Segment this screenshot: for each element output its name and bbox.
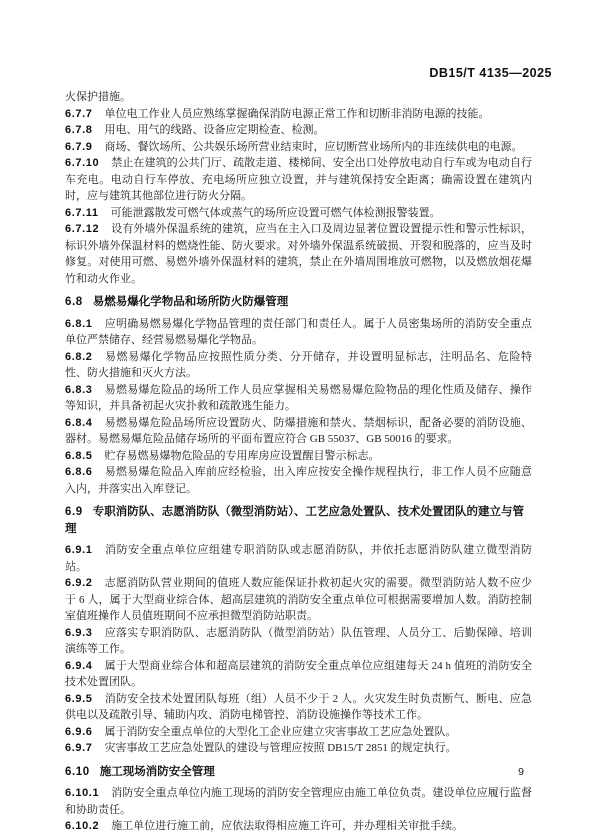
clause-text: 贮存易燃易爆物危险品的专用库房应设置醒目警示标志。 [104, 450, 379, 462]
clause-number: 6.9.1 [65, 544, 104, 556]
clause-text: 用电、用气的线路、设备应定期检查、检测。 [104, 124, 324, 136]
clause-number: 6.8.4 [65, 417, 104, 429]
clause-text: 火保护措施。 [65, 91, 131, 103]
clause-number: 6.8.2 [65, 351, 104, 363]
clause-paragraph: 6.10.2施工单位进行施工前，应依法取得相应施工许可，并办理相关审批手续。 [65, 818, 532, 835]
clause-paragraph: 6.8.6易燃易爆危险品入库前应经检验，出入库应按安全操作规程执行，非工作人员不… [65, 464, 532, 497]
clause-paragraph: 6.8.3易燃易爆危险品的场所工作人员应掌握相关易燃易爆危险物品的理化性质及储存… [65, 382, 532, 415]
clause-paragraph: 6.8.5贮存易燃易爆物危险品的专用库房应设置醒目警示标志。 [65, 448, 532, 465]
section-heading: 6.10施工现场消防安全管理 [65, 764, 532, 781]
clause-text: 应落实专职消防队、志愿消防队（微型消防站）队伍管理、人员分工、后勤保障、培训演练… [65, 627, 532, 656]
clause-text: 消防安全重点单位内施工现场的消防安全管理应由施工单位负责。建设单位应履行监督和协… [65, 787, 532, 816]
clause-number: 6.9.6 [65, 726, 104, 738]
clause-text: 易燃易爆危险品入库前应经检验，出入库应按安全操作规程执行，非工作人员不应随意入内… [65, 466, 532, 495]
clause-paragraph: 6.7.7单位电工作业人员应熟练掌握确保消防电源正常工作和切断非消防电源的技能。 [65, 106, 532, 123]
clause-paragraph: 6.8.1应明确易燃易爆化学物品管理的责任部门和责任人。属于人员密集场所的消防安… [65, 316, 532, 349]
clause-number: 6.9.2 [65, 577, 104, 589]
document-header-code: DB15/T 4135—2025 [429, 66, 552, 80]
clause-paragraph: 6.9.4属于大型商业综合体和超高层建筑的消防安全重点单位应组建每天 24 h … [65, 658, 532, 691]
clause-paragraph: 6.7.8用电、用气的线路、设备应定期检查、检测。 [65, 122, 532, 139]
clause-text: 应明确易燃易爆化学物品管理的责任部门和责任人。属于人员密集场所的消防安全重点单位… [65, 318, 532, 347]
clause-paragraph: 6.8.4易燃易爆危险品场所应设置防火、防爆措施和禁火、禁烟标识，配备必要的消防… [65, 415, 532, 448]
clause-paragraph: 6.9.5消防安全技术处置团队每班（组）人员不少于 2 人。火灾发生时负责断气、… [65, 691, 532, 724]
clause-number: 6.10.1 [65, 787, 111, 799]
clause-paragraph: 6.7.10禁止在建筑的公共门厅、疏散走道、楼梯间、安全出口处停放电动自行车或为… [65, 155, 532, 205]
clause-paragraph: 火保护措施。 [65, 89, 532, 106]
clause-number: 6.7.11 [65, 207, 111, 219]
standard-document-page: DB15/T 4135—2025 火保护措施。6.7.7单位电工作业人员应熟练掌… [0, 0, 592, 840]
clause-text: 禁止在建筑的公共门厅、疏散走道、楼梯间、安全出口处停放电动自行车或为电动自行车充… [65, 157, 532, 202]
clause-text: 施工单位进行施工前，应依法取得相应施工许可，并办理相关审批手续。 [111, 820, 463, 832]
clause-text: 属于消防安全重点单位的大型化工企业应建立灾害事故工艺应急处置队。 [104, 726, 456, 738]
section-heading-text: 易燃易爆化学物品和场所防火防爆管理 [93, 296, 289, 308]
clause-number: 6.9.5 [65, 693, 104, 705]
clause-text: 易燃易爆化学物品应按照性质分类、分开储存，并设置明显标志，注明品名、危险特性、防… [65, 351, 532, 380]
clause-text: 商场、餐饮场所、公共娱乐场所营业结束时，应切断营业场所内的非连续供电的电源。 [104, 141, 522, 153]
section-heading: 6.9专职消防队、志愿消防队（微型消防站）、工艺应急处置队、技术处置团队的建立与… [65, 504, 532, 537]
clause-text: 可能泄露散发可燃气体或蒸气的场所应设置可燃气体检测报警装置。 [111, 207, 441, 219]
clause-number: 6.7.9 [65, 141, 104, 153]
clause-text: 易燃易爆危险品的场所工作人员应掌握相关易燃易爆危险物品的理化性质及储存、操作等知… [65, 384, 532, 413]
clause-paragraph: 6.9.6属于消防安全重点单位的大型化工企业应建立灾害事故工艺应急处置队。 [65, 724, 532, 741]
clause-paragraph: 6.9.1消防安全重点单位应组建专职消防队或志愿消防队，并依托志愿消防队建立微型… [65, 542, 532, 575]
clause-number: 6.8 [65, 296, 93, 308]
clause-number: 6.7.8 [65, 124, 104, 136]
clause-number: 6.7.10 [65, 157, 111, 169]
clause-number: 6.8.3 [65, 384, 104, 396]
clause-text: 单位电工作业人员应熟练掌握确保消防电源正常工作和切断非消防电源的技能。 [104, 108, 489, 120]
section-heading-text: 专职消防队、志愿消防队（微型消防站）、工艺应急处置队、技术处置团队的建立与管理 [65, 506, 524, 535]
clause-number: 6.9.3 [65, 627, 104, 639]
clause-paragraph: 6.9.2志愿消防队营业期间的值班人数应能保证扑救初起火灾的需要。微型消防站人数… [65, 575, 532, 625]
clause-paragraph: 6.9.3应落实专职消防队、志愿消防队（微型消防站）队伍管理、人员分工、后勤保障… [65, 625, 532, 658]
clause-number: 6.8.5 [65, 450, 104, 462]
clause-paragraph: 6.8.2易燃易爆化学物品应按照性质分类、分开储存，并设置明显标志，注明品名、危… [65, 349, 532, 382]
clause-number: 6.8.6 [65, 466, 104, 478]
clause-paragraph: 6.7.12设有外墙外保温系统的建筑，应当在主入口及周边显著位置设置提示性和警示… [65, 221, 532, 287]
clause-number: 6.7.7 [65, 108, 104, 120]
clause-text: 消防安全重点单位应组建专职消防队或志愿消防队，并依托志愿消防队建立微型消防站。 [65, 544, 532, 573]
clause-paragraph: 6.7.9商场、餐饮场所、公共娱乐场所营业结束时，应切断营业场所内的非连续供电的… [65, 139, 532, 156]
clause-number: 6.9 [65, 506, 93, 518]
clause-number: 6.10 [65, 766, 100, 778]
clause-text: 设有外墙外保温系统的建筑，应当在主入口及周边显著位置设置提示性和警示性标识，标识… [65, 223, 532, 285]
clause-text: 易燃易爆危险品场所应设置防火、防爆措施和禁火、禁烟标识，配备必要的消防设施、器材… [65, 417, 532, 446]
clause-text: 属于大型商业综合体和超高层建筑的消防安全重点单位应组建每天 24 h 值班的消防… [65, 660, 532, 689]
clause-text: 灾害事故工艺应急处置队的建设与管理应按照 DB15/T 2851 的规定执行。 [104, 742, 456, 754]
section-heading: 6.8易燃易爆化学物品和场所防火防爆管理 [65, 294, 532, 311]
clause-number: 6.10.2 [65, 820, 111, 832]
clause-number: 6.7.12 [65, 223, 111, 235]
clause-number: 6.8.1 [65, 318, 104, 330]
clause-number: 6.9.4 [65, 660, 104, 672]
clause-text: 志愿消防队营业期间的值班人数应能保证扑救初起火灾的需要。微型消防站人数不应少于 … [65, 577, 532, 622]
clause-paragraph: 6.10.1消防安全重点单位内施工现场的消防安全管理应由施工单位负责。建设单位应… [65, 785, 532, 818]
clause-number: 6.9.7 [65, 742, 104, 754]
clause-paragraph: 6.9.7灾害事故工艺应急处置队的建设与管理应按照 DB15/T 2851 的规… [65, 740, 532, 757]
section-heading-text: 施工现场消防安全管理 [100, 766, 215, 778]
clause-paragraph: 6.7.11可能泄露散发可燃气体或蒸气的场所应设置可燃气体检测报警装置。 [65, 205, 532, 222]
page-number: 9 [518, 766, 524, 778]
document-body: 火保护措施。6.7.7单位电工作业人员应熟练掌握确保消防电源正常工作和切断非消防… [65, 89, 532, 835]
clause-text: 消防安全技术处置团队每班（组）人员不少于 2 人。火灾发生时负责断气、断电、应急… [65, 693, 532, 722]
